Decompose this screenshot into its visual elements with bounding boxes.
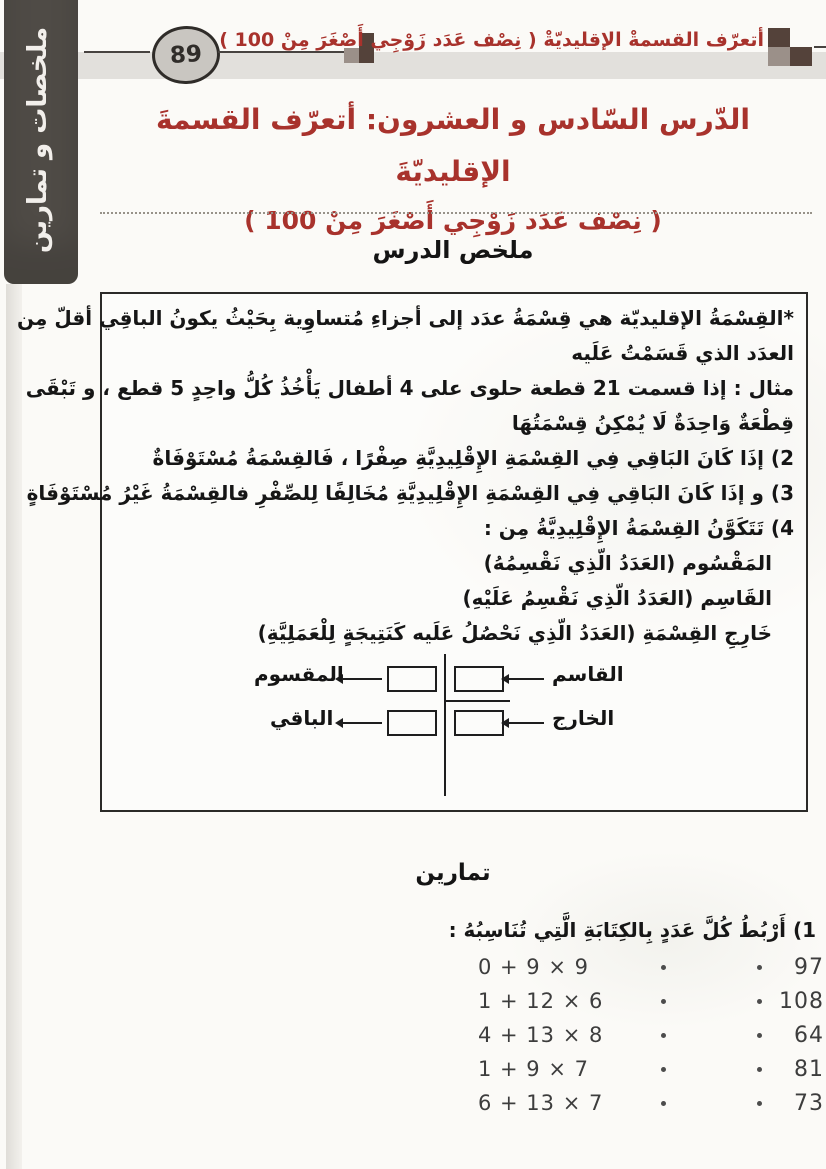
header-title: أتعرّف القسمةْ الإقليديّةْ ( نِصْف عَدَد… [219,29,764,51]
match-dot-icon [661,1067,666,1072]
match-dot-icon [757,1101,762,1106]
arrow-left-icon [342,678,382,680]
divisor-label: القاسم [552,662,624,686]
dividend-label: المقسوم [254,662,344,686]
diagram-horizontal-divider [444,700,510,702]
dividend-box [387,666,437,692]
exercise1-instruction: 1) أَرْبُطُ كُلَّ عَدَدٍ بِالكِتَابَةِ ا… [449,918,816,942]
quotient-label: الخارج [552,706,614,730]
dotted-divider [100,212,812,214]
match-expression: 1 + 12 × 6 [478,989,603,1013]
match-row: 1 + 12 × 6 108 [478,984,824,1018]
header-rule-mid [218,51,344,53]
sidebar-tab-label: ملخصات و تمارين [16,4,60,276]
match-row: 1 + 9 × 7 81 [478,1052,824,1086]
match-expression: 4 + 13 × 8 [478,1023,603,1047]
match-number: 73 [774,1091,824,1116]
page-edge-strip [6,284,22,1169]
match-dot-icon [757,965,762,970]
arrow-left-icon [508,722,544,724]
remainder-box [387,710,437,736]
match-expression: 1 + 9 × 7 [478,1057,589,1081]
exercises-heading: تمارين [95,860,811,886]
match-dot-icon [661,1033,666,1038]
match-expression: 6 + 13 × 7 [478,1091,603,1115]
match-row: 6 + 13 × 7 73 [478,1086,824,1120]
match-number: 81 [774,1057,824,1082]
scan-shading-band [0,52,826,79]
match-row: 4 + 13 × 8 64 [478,1018,824,1052]
header-rule-left [84,51,150,53]
match-row: 0 + 9 × 9 97 [478,950,824,984]
match-number: 108 [774,989,824,1014]
lesson-title: الدّرس السّادس و العشرون: أتعرّف القسمةَ… [95,94,811,244]
remainder-label: الباقي [270,706,333,730]
match-dot-icon [757,1033,762,1038]
summary-heading: ملخص الدرس [95,236,811,264]
match-number: 97 [774,955,824,980]
quotient-box [454,710,504,736]
divisor-box [454,666,504,692]
division-diagram: القاسم الخارج المقسوم الباقي [102,294,806,810]
matching-exercise: 0 + 9 × 9 97 1 + 12 × 6 108 4 + 13 × 8 [478,950,824,1120]
arrow-left-icon [342,722,382,724]
match-dot-icon [661,999,666,1004]
header-rule-right [814,46,826,48]
textbook-page: ملخصات و تمارين 89 أتعرّف القسمةْ الإقلي… [0,0,826,1169]
diagram-vertical-divider [444,654,446,796]
match-dot-icon [661,965,666,970]
match-dot-icon [661,1101,666,1106]
lesson-title-line1: الدّرس السّادس و العشرون: أتعرّف القسمةَ… [95,94,811,198]
match-dot-icon [757,999,762,1004]
summary-box: *القِسْمَةُ الإقليديّة هي قِسْمَةُ عدَد … [100,292,808,812]
arrow-left-icon [508,678,544,680]
checker-decoration-icon [768,28,812,66]
match-dot-icon [757,1067,762,1072]
match-number: 64 [774,1023,824,1048]
match-expression: 0 + 9 × 9 [478,955,589,979]
